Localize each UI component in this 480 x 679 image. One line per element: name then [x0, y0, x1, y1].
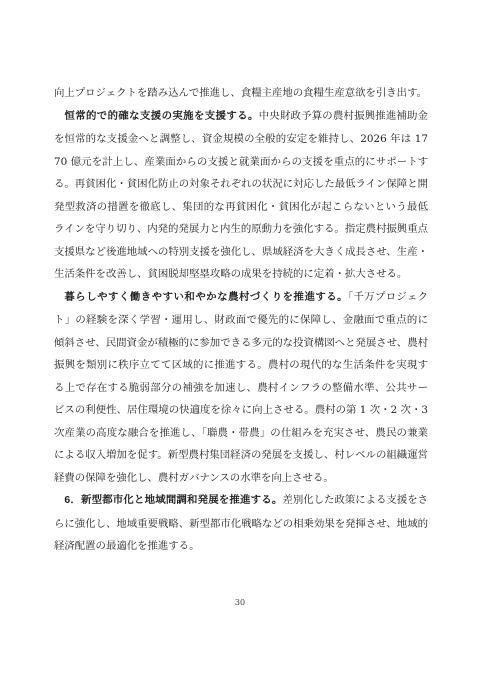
page-content: 向上プロジェクトを踏み込んで推進し、食糧主産地の食糧生産意欲を引き出す。 恒常的…: [54, 82, 428, 558]
document-page: 向上プロジェクトを踏み込んで推進し、食糧主産地の食糧生産意欲を引き出す。 恒常的…: [0, 0, 480, 679]
paragraph-lead-bold: 暮らしやすく働きやすい和やかな農村づくりを推進する。: [64, 292, 348, 303]
paragraph-body: 「千万プロジェクト」の経験を深く学習・運用し、財政面で優先的に保障し、金融面で重…: [54, 291, 428, 484]
paragraph-body: 中央財政予算の農村振興推進補助金を恒常的な支援金へと調整し、資金規模の全般的安定…: [54, 110, 428, 281]
paragraph-rural-development: 暮らしやすく働きやすい和やかな農村づくりを推進する。「千万プロジェクト」の経験を…: [54, 286, 428, 490]
page-number: 30: [0, 598, 480, 607]
paragraph-support-policy: 恒常的で的確な支援の実施を支援する。中央財政予算の農村振興推進補助金を恒常的な支…: [54, 105, 428, 286]
paragraph-continuation: 向上プロジェクトを踏み込んで推進し、食糧主産地の食糧生産意欲を引き出す。: [54, 82, 428, 105]
paragraph-urbanization: 6．新型都市化と地域間調和発展を推進する。差別化した政策による支援をさらに強化し…: [54, 489, 428, 558]
paragraph-body: 向上プロジェクトを踏み込んで推進し、食糧主産地の食糧生産意欲を引き出す。: [54, 87, 427, 99]
paragraph-lead-bold: 6．新型都市化と地域間調和発展を推進する。: [64, 495, 282, 506]
paragraph-lead-bold: 恒常的で的確な支援の実施を支援する。: [64, 111, 258, 122]
